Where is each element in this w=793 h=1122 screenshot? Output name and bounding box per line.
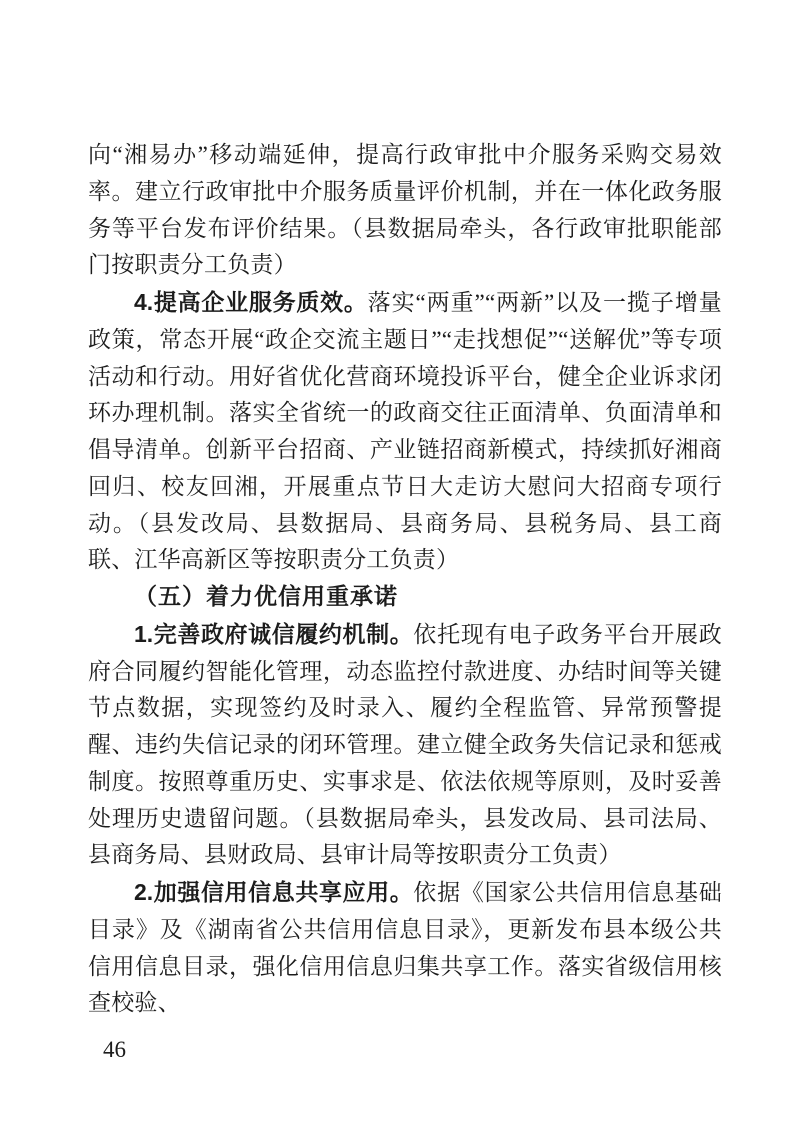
emphasis-run: 2.加强信用信息共享应用。 xyxy=(134,879,413,905)
emphasis-run: 4.提高企业服务质效。 xyxy=(134,289,368,315)
page-number: 46 xyxy=(103,1035,126,1065)
text-run: 向“湘易办”移动端延伸，提高行政审批中介服务采购交易效率。建立行政审批中介服务质… xyxy=(88,142,722,277)
section-heading: （五）着力优信用重承诺 xyxy=(88,579,722,616)
emphasis-run: 1.完善政府诚信履约机制。 xyxy=(134,621,413,647)
document-page: 向“湘易办”移动端延伸，提高行政审批中介服务采购交易效率。建立行政审批中介服务质… xyxy=(0,0,793,1122)
text-run: 落实“两重”“两新”以及一揽子增量政策，常态开展“政企交流主题日”“走找想促”“… xyxy=(88,290,722,572)
body-paragraph: 1.完善政府诚信履约机制。依托现有电子政务平台开展政府合同履约智能化管理，动态监… xyxy=(88,616,722,874)
document-body: 向“湘易办”移动端延伸，提高行政审批中介服务采购交易效率。建立行政审批中介服务质… xyxy=(88,137,722,1022)
body-paragraph: 2.加强信用信息共享应用。依据《国家公共信用信息基础目录》及《湖南省公共信用信息… xyxy=(88,874,722,1022)
emphasis-run: （五）着力优信用重承诺 xyxy=(134,584,398,609)
body-paragraph: 向“湘易办”移动端延伸，提高行政审批中介服务采购交易效率。建立行政审批中介服务质… xyxy=(88,137,722,284)
text-run: 依托现有电子政务平台开展政府合同履约智能化管理，动态监控付款进度、办结时间等关键… xyxy=(88,622,722,868)
body-paragraph: 4.提高企业服务质效。落实“两重”“两新”以及一揽子增量政策，常态开展“政企交流… xyxy=(88,284,722,579)
